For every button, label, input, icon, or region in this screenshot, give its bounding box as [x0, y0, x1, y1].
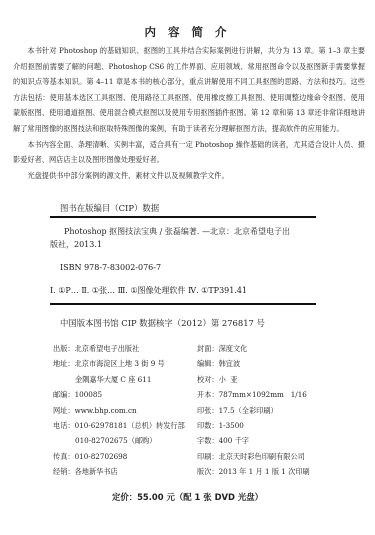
cip-top-rule: [50, 216, 316, 218]
cip-title-line: 版社，2013.1: [50, 238, 316, 251]
info-row-publisher: 出版：北京希望电子出版社: [53, 341, 185, 356]
info-row-word-count: 字数：400 千字: [197, 433, 310, 448]
intro-paragraph: 本书内容全面、条理清晰、实例丰富，适合具有一定 Photoshop 操作基础的读…: [13, 137, 365, 168]
info-row-postcode: 邮编：100085: [53, 387, 185, 402]
price-line: 定价：55.00 元（配 1 张 DVD 光盘）: [0, 491, 375, 503]
info-row-cover: 封面：深度文化: [197, 341, 310, 356]
info-row-format: 开本：787mm×1092mm 1/16: [197, 387, 310, 402]
intro-section: 本书针对 Photoshop 的基础知识、抠图的工具并结合实际案例进行讲解，共分…: [13, 43, 365, 183]
publication-info-left: 出版：北京希望电子出版社 地址：北京市海淀区上地 3 街 9 号 金隅嘉华大厦 …: [53, 341, 185, 480]
info-row-fax: 传真：010-82702698: [53, 449, 185, 464]
publication-info-right: 封面：深度文化 编辑：韩宜波 校对：小 亚 开本：787mm×1092mm 1/…: [197, 341, 310, 480]
info-row-phone: 电话：010-62978181（总机）转发行部: [53, 418, 185, 433]
info-row-print-run: 印数：1-3500: [197, 418, 310, 433]
intro-paragraph: 本书针对 Photoshop 的基础知识、抠图的工具并结合实际案例进行讲解，共分…: [13, 43, 365, 137]
cip-bottom-rule: [50, 303, 316, 305]
info-row-sheets: 印张：17.5（全彩印刷）: [197, 403, 310, 418]
cip-isbn: ISBN 978-7-83002-076-7: [60, 263, 161, 272]
info-row-printer: 印刷：北京天时彩色印刷有限公司: [197, 449, 310, 464]
info-row-proofreader: 校对：小 亚: [197, 372, 310, 387]
info-row-edition: 版次：2013 年 1 月 1 版 1 次印刷: [197, 464, 310, 479]
info-row-phone-2: 010-82702675（邮购）: [53, 433, 185, 448]
info-row-editor: 编辑：韩宜波: [197, 356, 310, 371]
cip-heading: 图书在版编目（CIP）数据: [60, 202, 159, 214]
intro-paragraph: 光盘提供书中部分案例的源文件、素材文件以及视频教学文件。: [13, 168, 365, 184]
info-row-website: 网址：www.bhp.com.cn: [53, 403, 185, 418]
cip-classification: Ⅰ. ①P… Ⅱ. ①张… Ⅲ. ①图像处理软件 Ⅳ. ①TP391.41: [50, 285, 247, 296]
cip-title-line: Photoshop 抠图技法宝典 / 张磊编著. —北京：北京希望电子出: [50, 225, 316, 238]
info-row-address-2: 金隅嘉华大厦 C 座 611: [53, 372, 185, 387]
info-row-distributor: 经销：各地新华书店: [53, 464, 185, 479]
page-title: 内 容 简 介: [0, 24, 375, 40]
info-row-address: 地址：北京市海淀区上地 3 街 9 号: [53, 356, 185, 371]
cip-title-block: Photoshop 抠图技法宝典 / 张磊编著. —北京：北京希望电子出 版社，…: [50, 225, 316, 251]
cip-verify-number: 中国版本图书馆 CIP 数据核字（2012）第 276817 号: [60, 317, 265, 329]
